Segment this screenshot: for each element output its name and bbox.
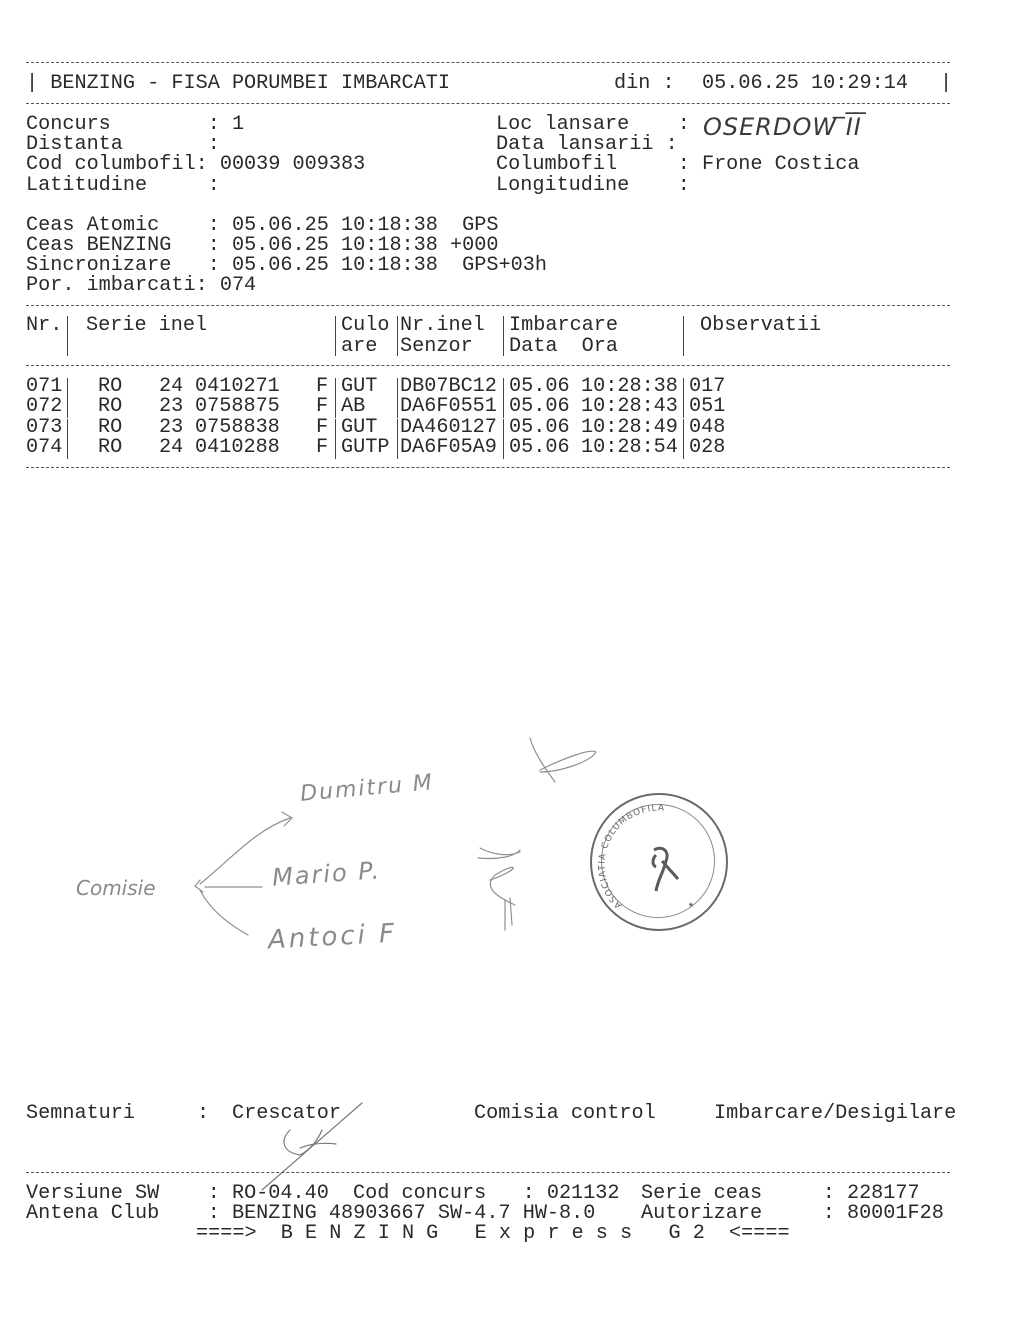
signature-crescator: Crescator (232, 1104, 341, 1124)
info-value: 80001F28 (835, 1202, 944, 1225)
signatures-colon: : (197, 1104, 209, 1124)
footer-brand-line: ====> B E N Z I N G E x p r e s s G 2 <=… (196, 1224, 790, 1244)
svg-text:★: ★ (688, 900, 694, 911)
signatures-label: Semnaturi (26, 1104, 135, 1124)
info-label: Antena Club : (26, 1202, 220, 1225)
handwritten-comisie-label: Comisie (76, 876, 156, 900)
divider (26, 1172, 950, 1173)
signature-imbarcare-desigilare: Imbarcare/Desigilare (714, 1104, 956, 1124)
club-stamp: ASOCIATIA COLUMBOFILA ★ (590, 793, 728, 931)
signature-comisia-control: Comisia control (474, 1104, 656, 1124)
stamp-emblem-icon: ASOCIATIA COLUMBOFILA ★ (592, 795, 726, 929)
handwriting-strokes (0, 0, 1024, 1325)
